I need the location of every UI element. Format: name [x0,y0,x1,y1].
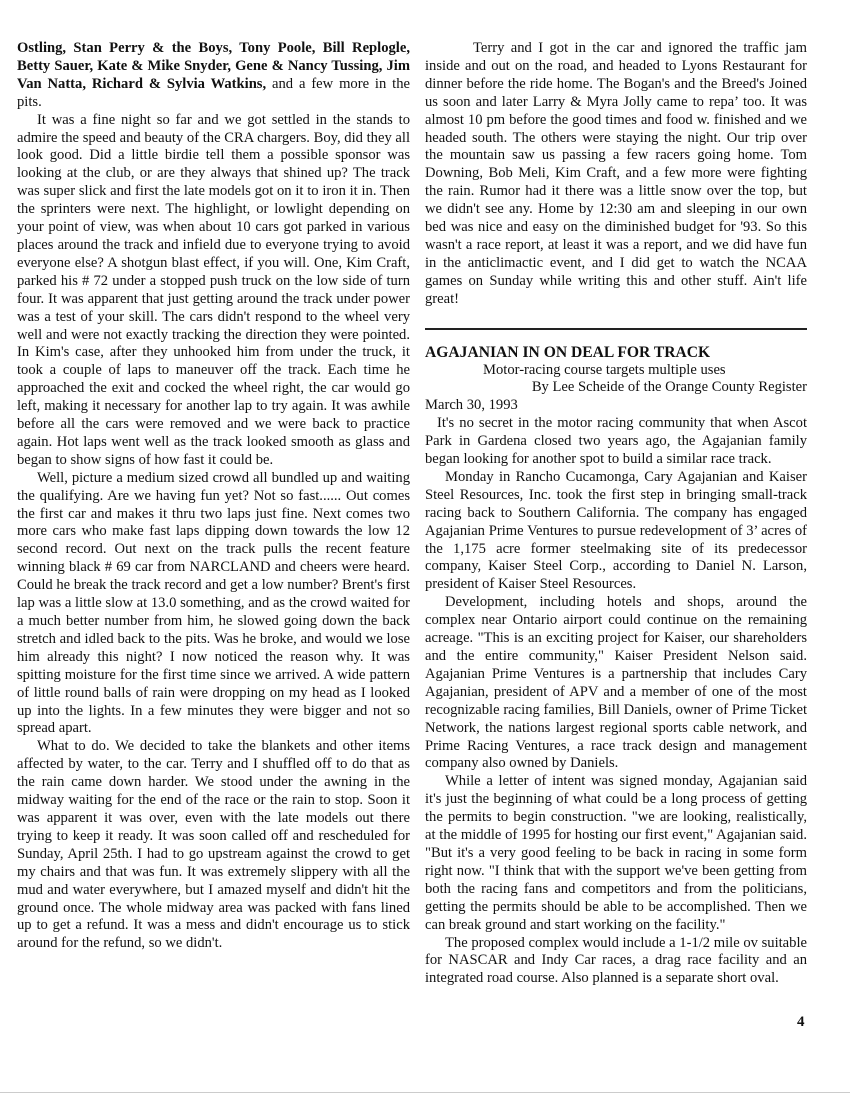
body-paragraph: It was a fine night so far and we got se… [17,112,410,470]
body-paragraph: What to do. We decided to take the blank… [17,738,410,953]
body-paragraph: Terry and I got in the car and ignored t… [425,40,807,309]
article-paragraph: The proposed complex would include a 1-1… [425,935,807,989]
names-paragraph: Ostling, Stan Perry & the Boys, Tony Poo… [17,40,410,112]
article-byline: By Lee Scheide of the Orange County Regi… [425,379,807,397]
right-column: Terry and I got in the car and ignored t… [425,40,807,988]
article-paragraph: While a letter of intent was signed mond… [425,773,807,934]
article-date: March 30, 1993 [425,397,807,415]
page-number: 4 [797,1014,805,1031]
article-subheadline: Motor-racing course targets multiple use… [425,362,807,380]
section-divider [425,328,807,330]
article-paragraph: Development, including hotels and shops,… [425,594,807,773]
page-edge [0,1092,850,1093]
article-headline: AGAJANIAN IN ON DEAL FOR TRACK [425,344,807,362]
article-paragraph: Monday in Rancho Cucamonga, Cary Agajani… [425,469,807,594]
body-paragraph: Well, picture a medium sized crowd all b… [17,470,410,739]
article-paragraph: It's no secret in the motor racing commu… [425,415,807,469]
left-column: Ostling, Stan Perry & the Boys, Tony Poo… [17,40,410,953]
article: AGAJANIAN IN ON DEAL FOR TRACK Motor-rac… [425,344,807,989]
